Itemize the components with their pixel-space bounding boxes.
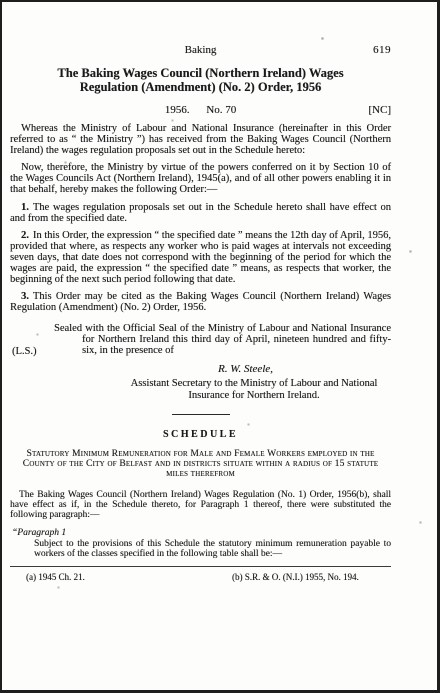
schedule-heading: SCHEDULE bbox=[10, 429, 391, 440]
order-meta-line: 1956. No. 70 [NC] bbox=[10, 104, 391, 117]
running-header-row: Baking 619 bbox=[10, 44, 391, 57]
article-2-number: 2. bbox=[21, 230, 29, 241]
sealing-text: Sealed with the Official Seal of the Min… bbox=[82, 324, 391, 356]
order-title: The Baking Wages Council (Northern Irela… bbox=[42, 67, 360, 94]
order-year: 1956. bbox=[165, 104, 190, 116]
seal-mark: (L.S.) bbox=[12, 347, 37, 358]
order-number: No. 70 bbox=[206, 104, 236, 116]
footnotes: (a) 1945 Ch. 21. (b) S.R. & O. (N.I.) 19… bbox=[10, 572, 391, 584]
article-2: 2.In this Order, the expression “ the sp… bbox=[10, 231, 391, 285]
footnote-a: (a) 1945 Ch. 21. bbox=[26, 572, 85, 582]
article-3: 3.This Order may be cited as the Baking … bbox=[10, 292, 391, 314]
sealing-clause: (L.S.) Sealed with the Official Seal of … bbox=[10, 324, 391, 356]
preamble-whereas: Whereas the Ministry of Labour and Natio… bbox=[10, 124, 391, 156]
article-2-text: In this Order, the expression “ the spec… bbox=[10, 230, 391, 284]
article-1-number: 1. bbox=[21, 202, 29, 213]
signature: R. W. Steele, bbox=[10, 364, 391, 375]
footnote-b: (b) S.R. & O. (N.I.) 1955, No. 194. bbox=[232, 572, 359, 582]
section-divider bbox=[172, 414, 230, 415]
article-1-text: The wages regulation proposals set out i… bbox=[10, 202, 391, 224]
footnote-rule bbox=[10, 566, 391, 567]
preamble-enacting: Now, therefore, the Ministry by virtue o… bbox=[10, 163, 391, 195]
schedule-paragraph-label: “Paragraph 1 bbox=[12, 528, 391, 538]
signatory-title: Assistant Secretary to the Ministry of L… bbox=[128, 378, 380, 401]
article-3-number: 3. bbox=[21, 291, 29, 302]
article-1: 1.The wages regulation proposals set out… bbox=[10, 203, 391, 225]
corner-mark: [NC] bbox=[368, 104, 391, 116]
document-page: Baking 619 The Baking Wages Council (Nor… bbox=[0, 0, 440, 693]
schedule-intro: The Baking Wages Council (Northern Irela… bbox=[10, 490, 391, 520]
order-body: Whereas the Ministry of Labour and Natio… bbox=[10, 124, 391, 401]
page-number: 619 bbox=[373, 44, 391, 56]
schedule-subheading: Statutory Minimum Remuneration for Male … bbox=[17, 450, 385, 479]
schedule-paragraph-text: Subject to the provisions of this Schedu… bbox=[34, 539, 391, 559]
article-3-text: This Order may be cited as the Baking Wa… bbox=[10, 291, 391, 313]
running-header: Baking bbox=[185, 44, 217, 56]
scan-noise bbox=[2, 2, 3, 3]
